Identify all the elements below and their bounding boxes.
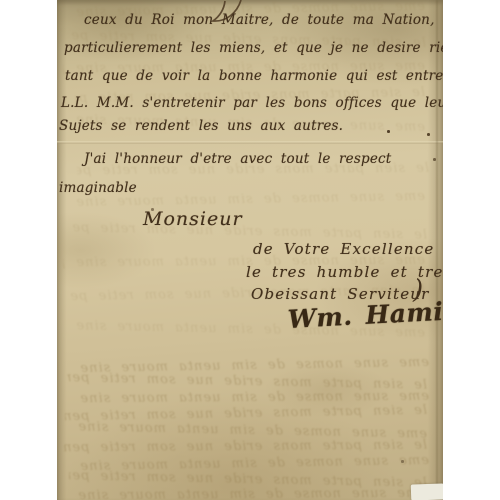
bottom-right-paper-patch [411,483,443,500]
ink-bleedthrough-line: eme sune nomse de sim uenta moure sine p… [73,486,427,500]
letter-body-line: Sujets se rendent les uns aux autres. [59,118,343,134]
letter-body-line: tant que de voir la bonne harmonie qui e… [65,68,443,84]
ink-specks [387,130,390,133]
manuscript-paper: eme sune nomse de sim uenta moure sine p… [57,0,443,500]
letter-body-line: particulierement les miens, et que je ne… [64,40,443,56]
letter-body-line: L.L. M.M. s'entretenir par les bons offi… [61,95,443,111]
letter-closing-line: J'ai l'honneur d'etre avec tout le respe… [84,151,391,167]
letter-closing-line: imaginable [59,180,137,196]
horizontal-fold-crease [57,141,443,144]
manuscript-scan: eme sune nomse de sim uenta moure sine p… [0,0,500,500]
letter-body-line: ceux du Roi mon Maitre, de toute ma Nati… [84,12,443,28]
salutation: Monsieur [143,208,243,230]
valediction-line: de Votre Excellence [253,240,434,258]
